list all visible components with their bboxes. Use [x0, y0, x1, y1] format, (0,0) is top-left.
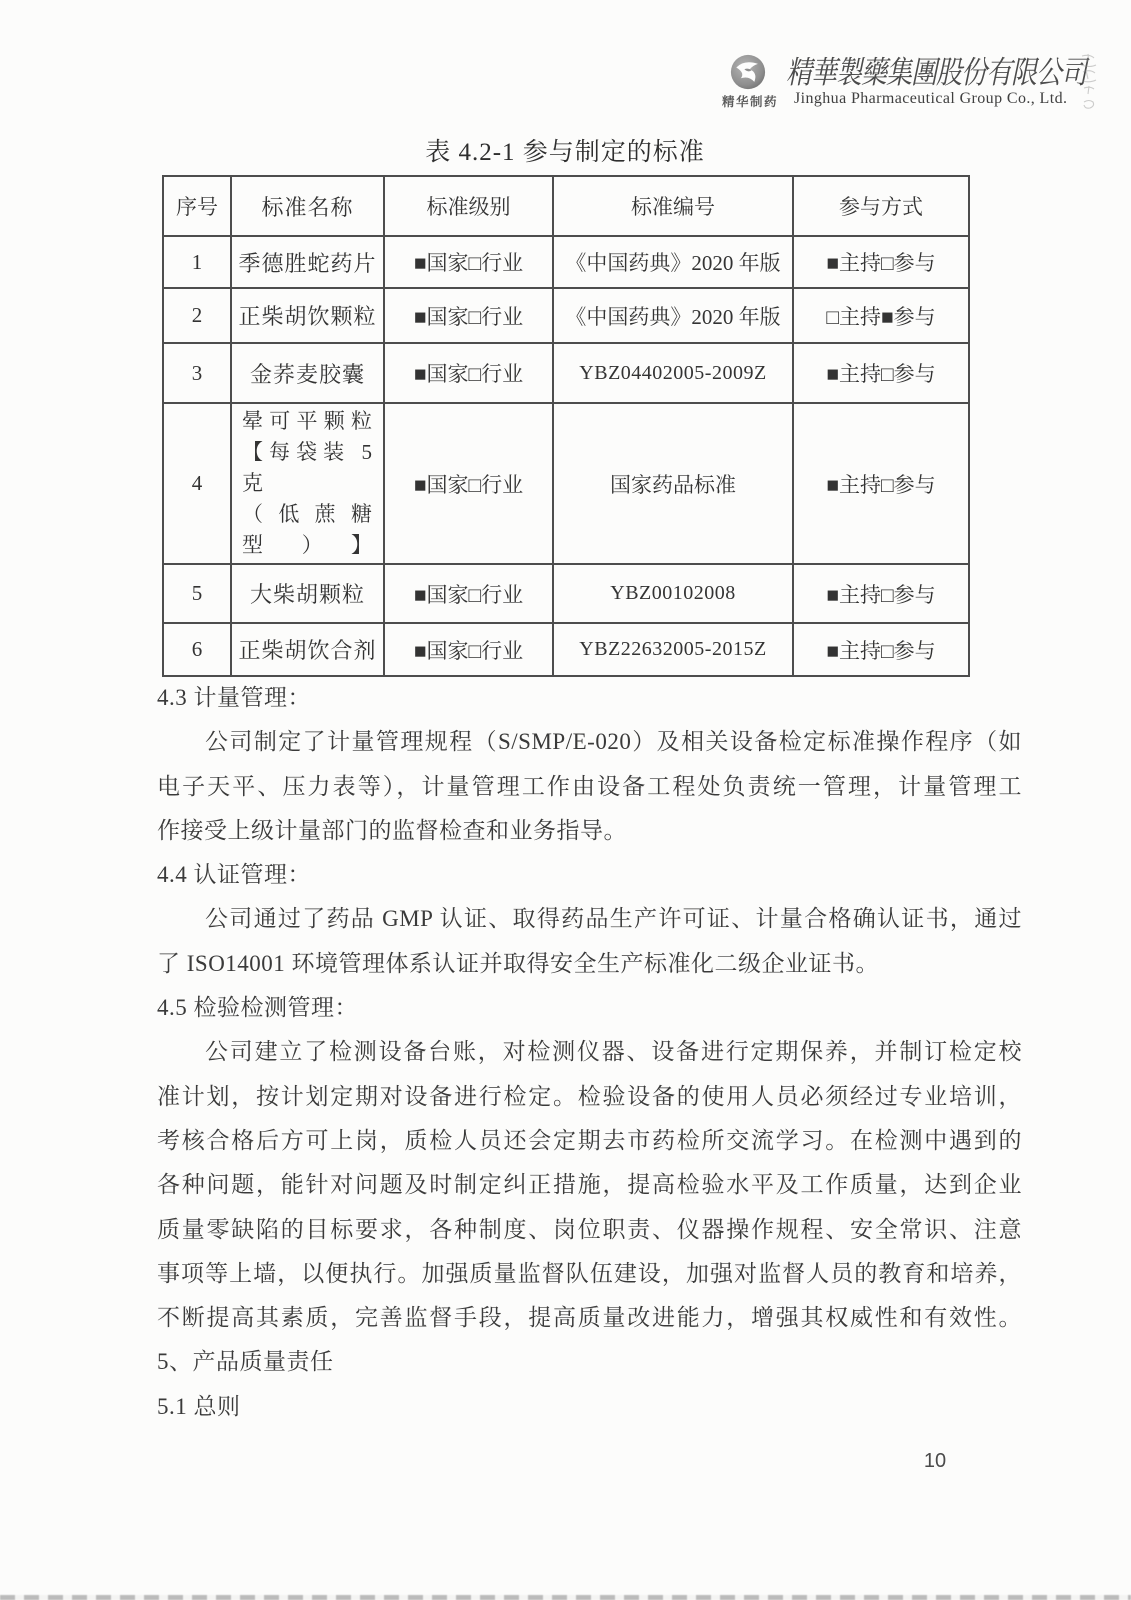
- header-seq: 序号: [163, 176, 231, 236]
- header-mode: 参与方式: [793, 176, 969, 236]
- header-code: 标准编号: [553, 176, 793, 236]
- paragraph-line: 公司制定了计量管理规程（S/SMP/E-020）及相关设备检定标准操作程序（如: [157, 720, 1022, 764]
- cell-seq: 2: [163, 288, 231, 343]
- cell-level: ■国家□行业: [384, 236, 553, 288]
- cell-mode: ■主持□参与: [793, 564, 969, 623]
- logo-short-name: 精华制药: [718, 92, 782, 110]
- standards-table: 序号 标准名称 标准级别 标准编号 参与方式 1 季德胜蛇药片 ■国家□行业 《…: [162, 175, 970, 677]
- header-name: 标准名称: [231, 176, 384, 236]
- cell-name: 金荞麦胶囊: [231, 343, 384, 403]
- table-row: 3 金荞麦胶囊 ■国家□行业 YBZ04402005-2009Z ■主持□参与: [163, 343, 969, 403]
- paragraph-line: 作接受上级计量部门的监督检查和业务指导。: [157, 809, 1022, 853]
- cell-code: 《中国药典》2020 年版: [553, 236, 793, 288]
- cell-code: 《中国药典》2020 年版: [553, 288, 793, 343]
- company-logo-bird-icon: [730, 54, 766, 90]
- cell-seq: 3: [163, 343, 231, 403]
- paragraph-line: 了 ISO14001 环境管理体系认证并取得安全生产标准化二级企业证书。: [157, 942, 1022, 986]
- cell-mode: □主持■参与: [793, 288, 969, 343]
- document-page: 精华制药 精華製藥集團股份有限公司 Jinghua Pharmaceutical…: [0, 0, 1131, 1600]
- body-text: 4.3 计量管理： 公司制定了计量管理规程（S/SMP/E-020）及相关设备检…: [157, 676, 1022, 1429]
- scan-edge-artifact: [0, 1595, 1131, 1600]
- page-number: 10: [905, 1450, 965, 1473]
- paragraph-line: 不断提高其素质，完善监督手段，提高质量改进能力，增强其权威性和有效性。: [157, 1296, 1022, 1340]
- table-row: 4 晕可平颗粒 【每袋装 5 克 （低蔗糖型）】 ■国家□行业 国家药品标准 ■…: [163, 403, 969, 564]
- cell-code: YBZ04402005-2009Z: [553, 343, 793, 403]
- cell-mode: ■主持□参与: [793, 236, 969, 288]
- paragraph-line: 电子天平、压力表等），计量管理工作由设备工程处负责统一管理，计量管理工: [157, 765, 1022, 809]
- handwritten-note: [1078, 52, 1100, 112]
- cell-name: 大柴胡颗粒: [231, 564, 384, 623]
- cell-level: ■国家□行业: [384, 564, 553, 623]
- cell-seq: 6: [163, 623, 231, 676]
- section-heading-4-3: 4.3 计量管理：: [157, 676, 1022, 720]
- table-title: 表 4.2-1 参与制定的标准: [162, 132, 968, 168]
- cell-code: YBZ00102008: [553, 564, 793, 623]
- table-row: 2 正柴胡饮颗粒 ■国家□行业 《中国药典》2020 年版 □主持■参与: [163, 288, 969, 343]
- cell-seq: 4: [163, 403, 231, 564]
- paragraph-line: 准计划，按计划定期对设备进行检定。检验设备的使用人员必须经过专业培训，: [157, 1075, 1022, 1119]
- cell-mode: ■主持□参与: [793, 343, 969, 403]
- table-row: 1 季德胜蛇药片 ■国家□行业 《中国药典》2020 年版 ■主持□参与: [163, 236, 969, 288]
- product-name-line: 晕可平颗粒: [238, 406, 377, 437]
- table-header-row: 序号 标准名称 标准级别 标准编号 参与方式: [163, 176, 969, 236]
- cell-mode: ■主持□参与: [793, 403, 969, 564]
- company-name-chinese: 精華製藥集團股份有限公司: [786, 48, 1076, 92]
- section-heading-5-1: 5.1 总则: [157, 1385, 1022, 1429]
- cell-level: ■国家□行业: [384, 343, 553, 403]
- paragraph-line: 公司通过了药品 GMP 认证、取得药品生产许可证、计量合格确认证书，通过: [157, 897, 1022, 941]
- section-heading-5: 5、产品质量责任: [157, 1340, 1022, 1384]
- cell-name: 季德胜蛇药片: [231, 236, 384, 288]
- table-row: 6 正柴胡饮合剂 ■国家□行业 YBZ22632005-2015Z ■主持□参与: [163, 623, 969, 676]
- company-name-english: Jinghua Pharmaceutical Group Co., Ltd.: [794, 90, 1094, 108]
- paragraph-line: 质量零缺陷的目标要求，各种制度、岗位职责、仪器操作规程、安全常识、注意: [157, 1208, 1022, 1252]
- paragraph-line: 各种问题，能针对问题及时制定纠正措施，提高检验水平及工作质量，达到企业: [157, 1163, 1022, 1207]
- table-row: 5 大柴胡颗粒 ■国家□行业 YBZ00102008 ■主持□参与: [163, 564, 969, 623]
- section-heading-4-4: 4.4 认证管理：: [157, 853, 1022, 897]
- product-name-line: 【每袋装 5 克: [238, 437, 377, 499]
- paragraph-line: 公司建立了检测设备台账，对检测仪器、设备进行定期保养，并制订检定校: [157, 1030, 1022, 1074]
- paragraph-line: 事项等上墙，以便执行。加强质量监督队伍建设，加强对监督人员的教育和培养，: [157, 1252, 1022, 1296]
- header-level: 标准级别: [384, 176, 553, 236]
- product-name-line: （低蔗糖型）】: [238, 499, 377, 561]
- cell-level: ■国家□行业: [384, 403, 553, 564]
- cell-name: 晕可平颗粒 【每袋装 5 克 （低蔗糖型）】: [231, 403, 384, 564]
- paragraph-line: 考核合格后方可上岗，质检人员还会定期去市药检所交流学习。在检测中遇到的: [157, 1119, 1022, 1163]
- cell-level: ■国家□行业: [384, 623, 553, 676]
- cell-name: 正柴胡饮颗粒: [231, 288, 384, 343]
- cell-code: YBZ22632005-2015Z: [553, 623, 793, 676]
- cell-level: ■国家□行业: [384, 288, 553, 343]
- cell-seq: 5: [163, 564, 231, 623]
- section-heading-4-5: 4.5 检验检测管理：: [157, 986, 1022, 1030]
- cell-name: 正柴胡饮合剂: [231, 623, 384, 676]
- company-header: 精华制药 精華製藥集團股份有限公司 Jinghua Pharmaceutical…: [690, 40, 1110, 130]
- cell-seq: 1: [163, 236, 231, 288]
- cell-code: 国家药品标准: [553, 403, 793, 564]
- cell-mode: ■主持□参与: [793, 623, 969, 676]
